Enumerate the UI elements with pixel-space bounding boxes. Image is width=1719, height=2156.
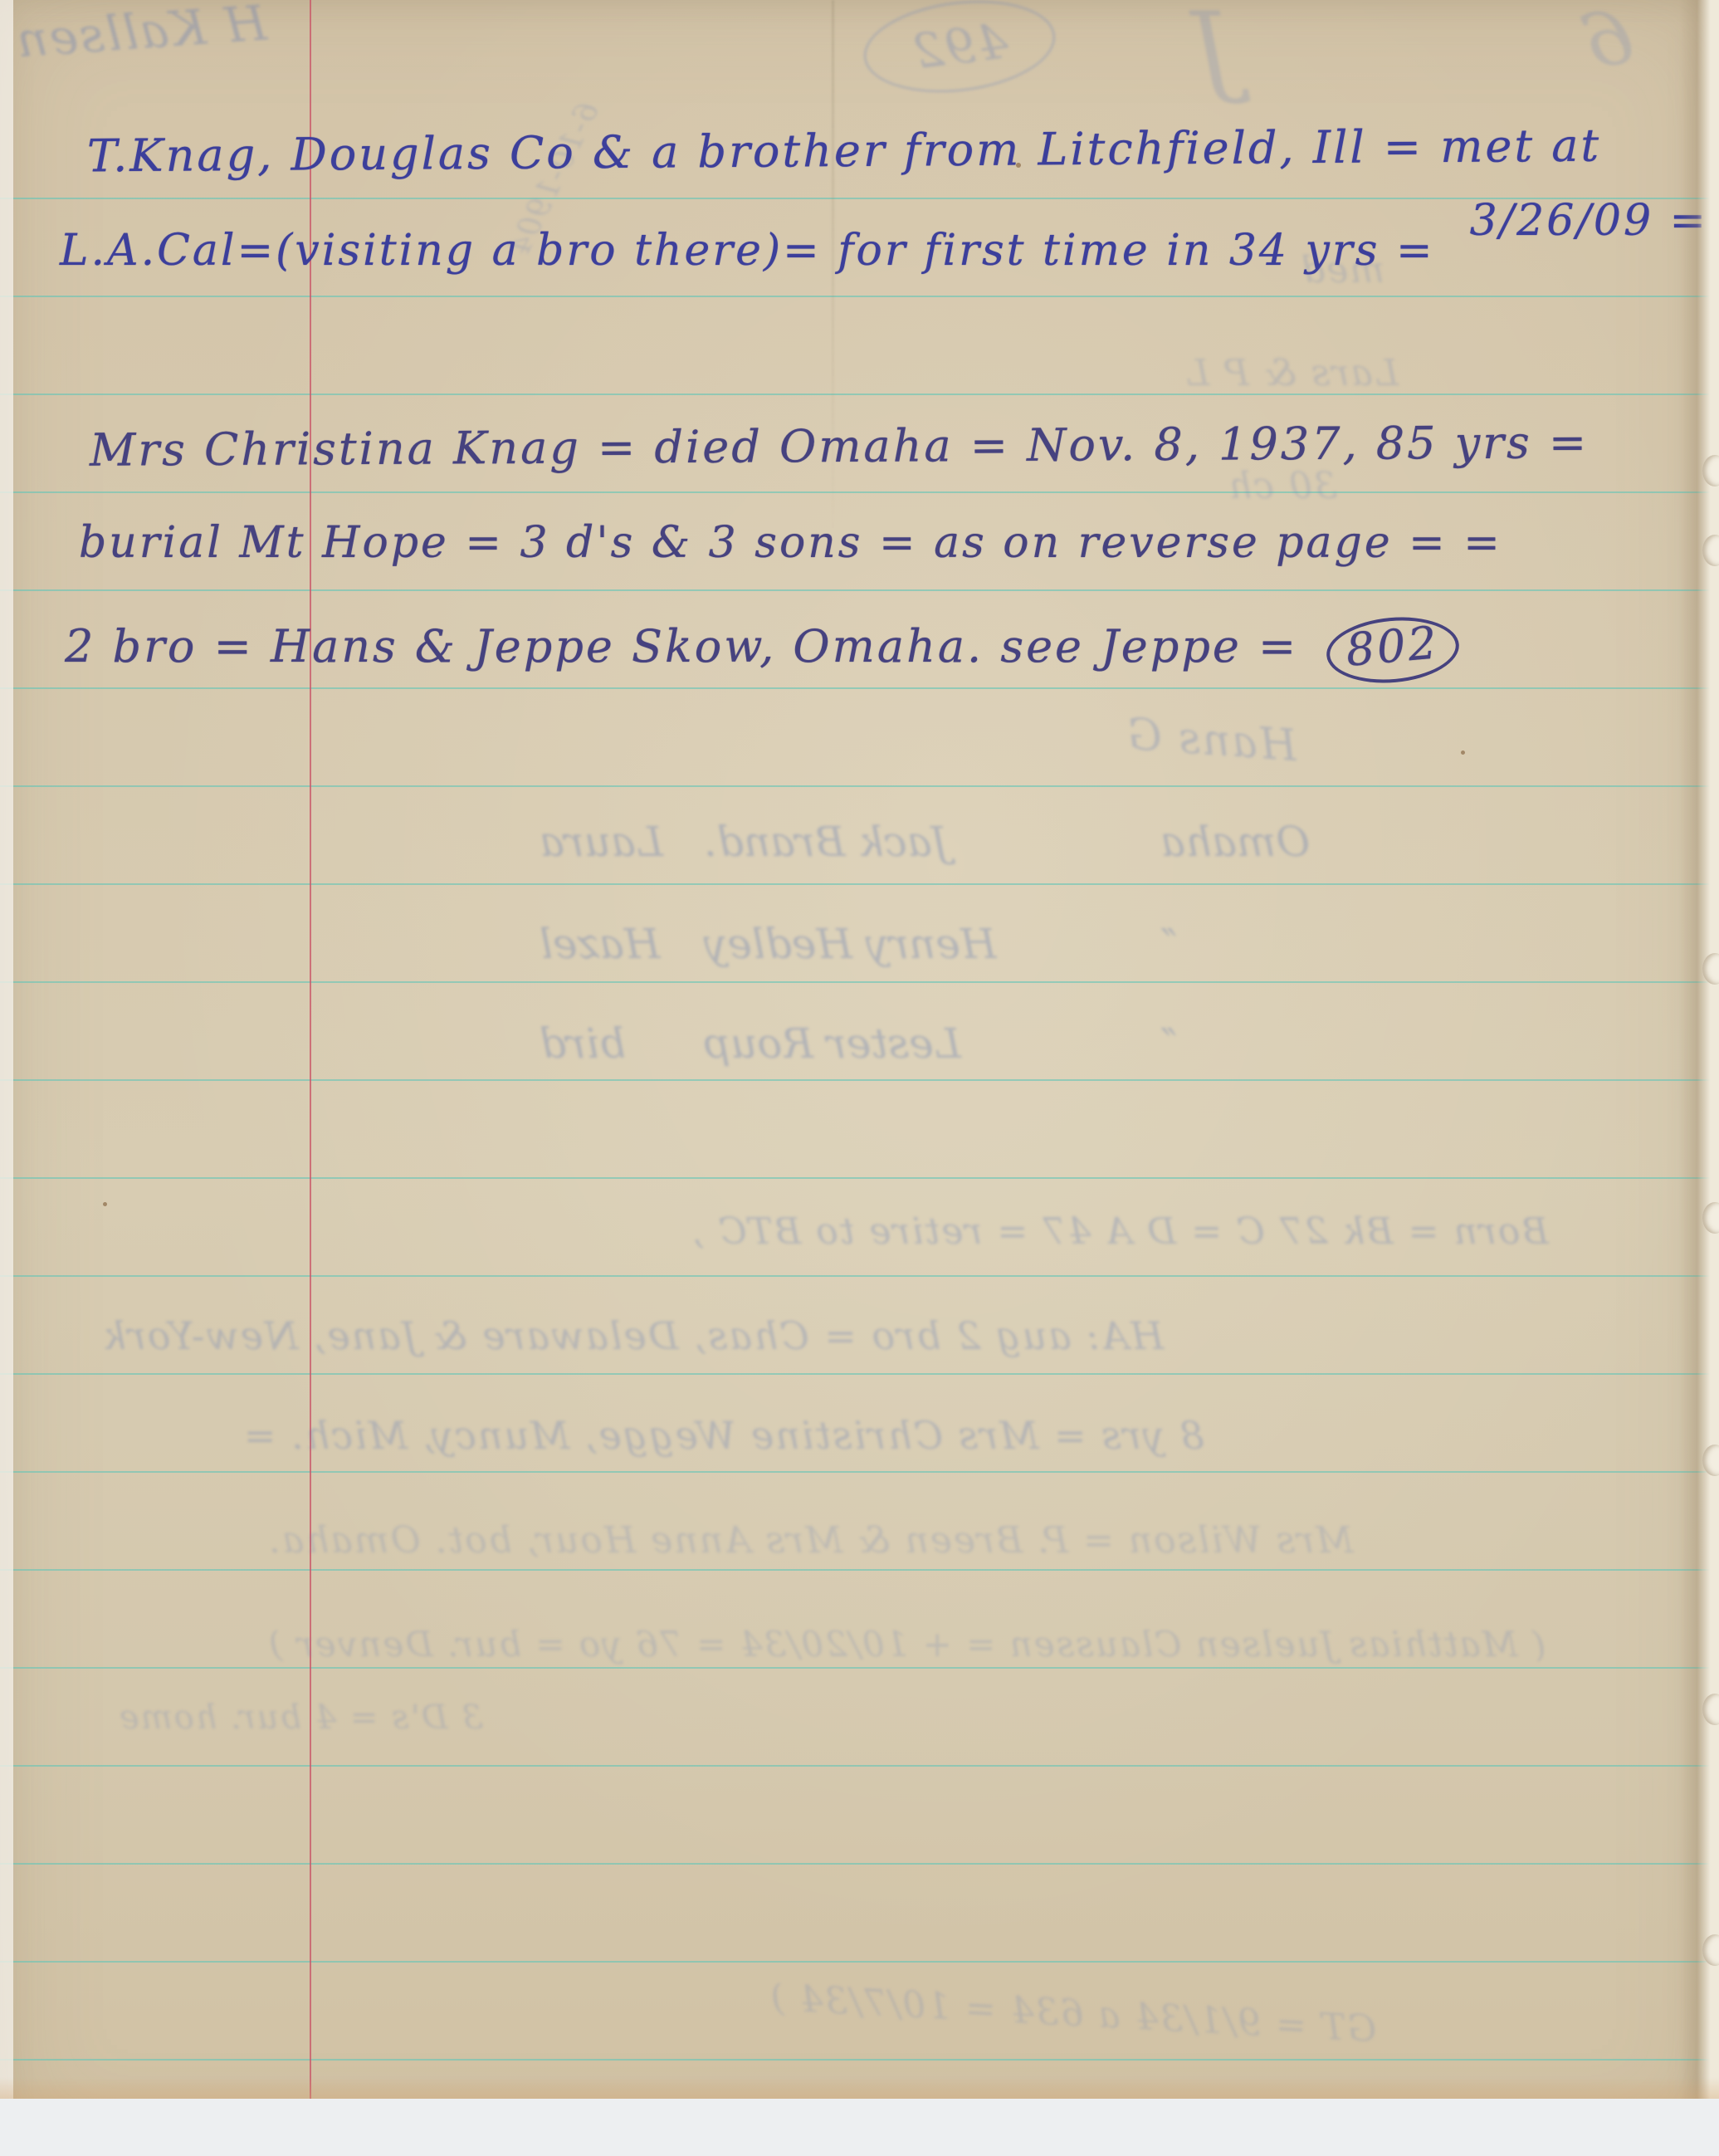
- bleedthrough-name: Henry Hedley: [704, 920, 996, 968]
- binding-notch: [1702, 455, 1719, 486]
- binding-notch: [1702, 953, 1719, 985]
- ruled-lines: [0, 198, 1719, 2075]
- handwriting-text: 2 bro = Hans & Jeppe Skow, Omaha. see Je…: [65, 620, 1298, 672]
- paper-speck: [1461, 750, 1465, 755]
- binding-notch: [1702, 1694, 1719, 1725]
- page-left-edge: [0, 0, 13, 2099]
- binding-notch: [1702, 535, 1719, 566]
- binding-notch: [1702, 1445, 1719, 1476]
- bleedthrough-name: Jack Brand.: [704, 818, 949, 866]
- handwriting-superscript-date: 3/26/09 =: [1470, 196, 1709, 246]
- paper-speck: [1016, 163, 1021, 168]
- bleedthrough-circled-page-number: 492: [858, 0, 1060, 103]
- handwriting-line-2: L.A.Cal=(visiting a bro there)= for firs…: [60, 226, 1708, 276]
- bleedthrough-name-row: Hazel Henry Hedley ″: [0, 920, 1719, 1011]
- binding-notch: [1702, 1934, 1719, 1966]
- page-bottom-edge: [0, 2077, 1719, 2099]
- bleedthrough-name: Omaha: [1160, 818, 1310, 866]
- bleedthrough-name: Lester Roup: [704, 1019, 961, 1068]
- bleedthrough-line: ( Matthias Juelsen Claussen = + 10/20/34…: [267, 1624, 1546, 1665]
- handwriting-text: T.Knag, Douglas Co & a brother from Litc…: [87, 120, 1602, 183]
- circled-cross-reference: 802: [1324, 612, 1462, 688]
- bleedthrough-line: Mrs Wilson = P. Breen & Mrs Anne Hour, b…: [267, 1519, 1353, 1562]
- bleedthrough-name: bird: [540, 1019, 626, 1068]
- bleedthrough-word: Lars & P L: [1184, 352, 1399, 394]
- bleedthrough-name-row: Laura Jack Brand. Omaha: [0, 818, 1719, 909]
- handwriting-line-1: T.Knag, Douglas Co & a brother from Litc…: [87, 120, 1602, 183]
- bleedthrough-line: 3 D's = 4 bur. home: [118, 1699, 483, 1737]
- bleedthrough-corner-stroke: 6: [1572, 0, 1643, 89]
- bleedthrough-word: Hans G: [1124, 710, 1298, 771]
- paper-speck: [103, 1202, 107, 1206]
- binding-notch: [1702, 1202, 1719, 1234]
- bleedthrough-name: ″: [1160, 920, 1176, 968]
- handwriting-text: Mrs Christina Knag = died Omaha = Nov. 8…: [90, 416, 1589, 476]
- bleedthrough-name: Laura: [540, 818, 663, 866]
- bleedthrough-name: ″: [1160, 1019, 1176, 1068]
- bleedthrough-stroke: J: [1192, 0, 1233, 107]
- handwriting-line-4: burial Mt Hope = 3 d's & 3 sons = as on …: [79, 518, 1502, 568]
- notebook-page: H Kallsen 492 J 6 6-10-1904 med Lars & P…: [0, 0, 1719, 2156]
- scanner-background: [0, 2099, 1719, 2156]
- handwriting-text: burial Mt Hope = 3 d's & 3 sons = as on …: [79, 518, 1502, 568]
- bleedthrough-name: Hazel: [540, 920, 660, 968]
- bleedthrough-bottom-note: GT = 9/1/34 a 634 = 10/7/34 ): [768, 1977, 1377, 2051]
- bleedthrough-word: 30 ch: [1227, 465, 1337, 507]
- bleedthrough-line: 8 yrs = Mrs Christine Wegge, Muncy, Mich…: [242, 1413, 1204, 1458]
- handwriting-line-5: 2 bro = Hans & Jeppe Skow, Omaha. see Je…: [65, 618, 1459, 682]
- handwriting-line-3: Mrs Christina Knag = died Omaha = Nov. 8…: [90, 416, 1589, 476]
- bleedthrough-corner-name: H Kallsen: [13, 0, 268, 69]
- handwriting-text: L.A.Cal=(visiting a bro there)= for firs…: [60, 226, 1435, 276]
- bleedthrough-line: HA: aug 2 bro = Chas, Delaware & Jane, N…: [101, 1313, 1164, 1358]
- bleedthrough-name-row: bird Lester Roup ″: [0, 1019, 1719, 1111]
- bleedthrough-line: Born = Bk 27 C = D A 47 = retire to BTC …: [691, 1210, 1549, 1253]
- page-torn-right-edge: [1679, 0, 1719, 2099]
